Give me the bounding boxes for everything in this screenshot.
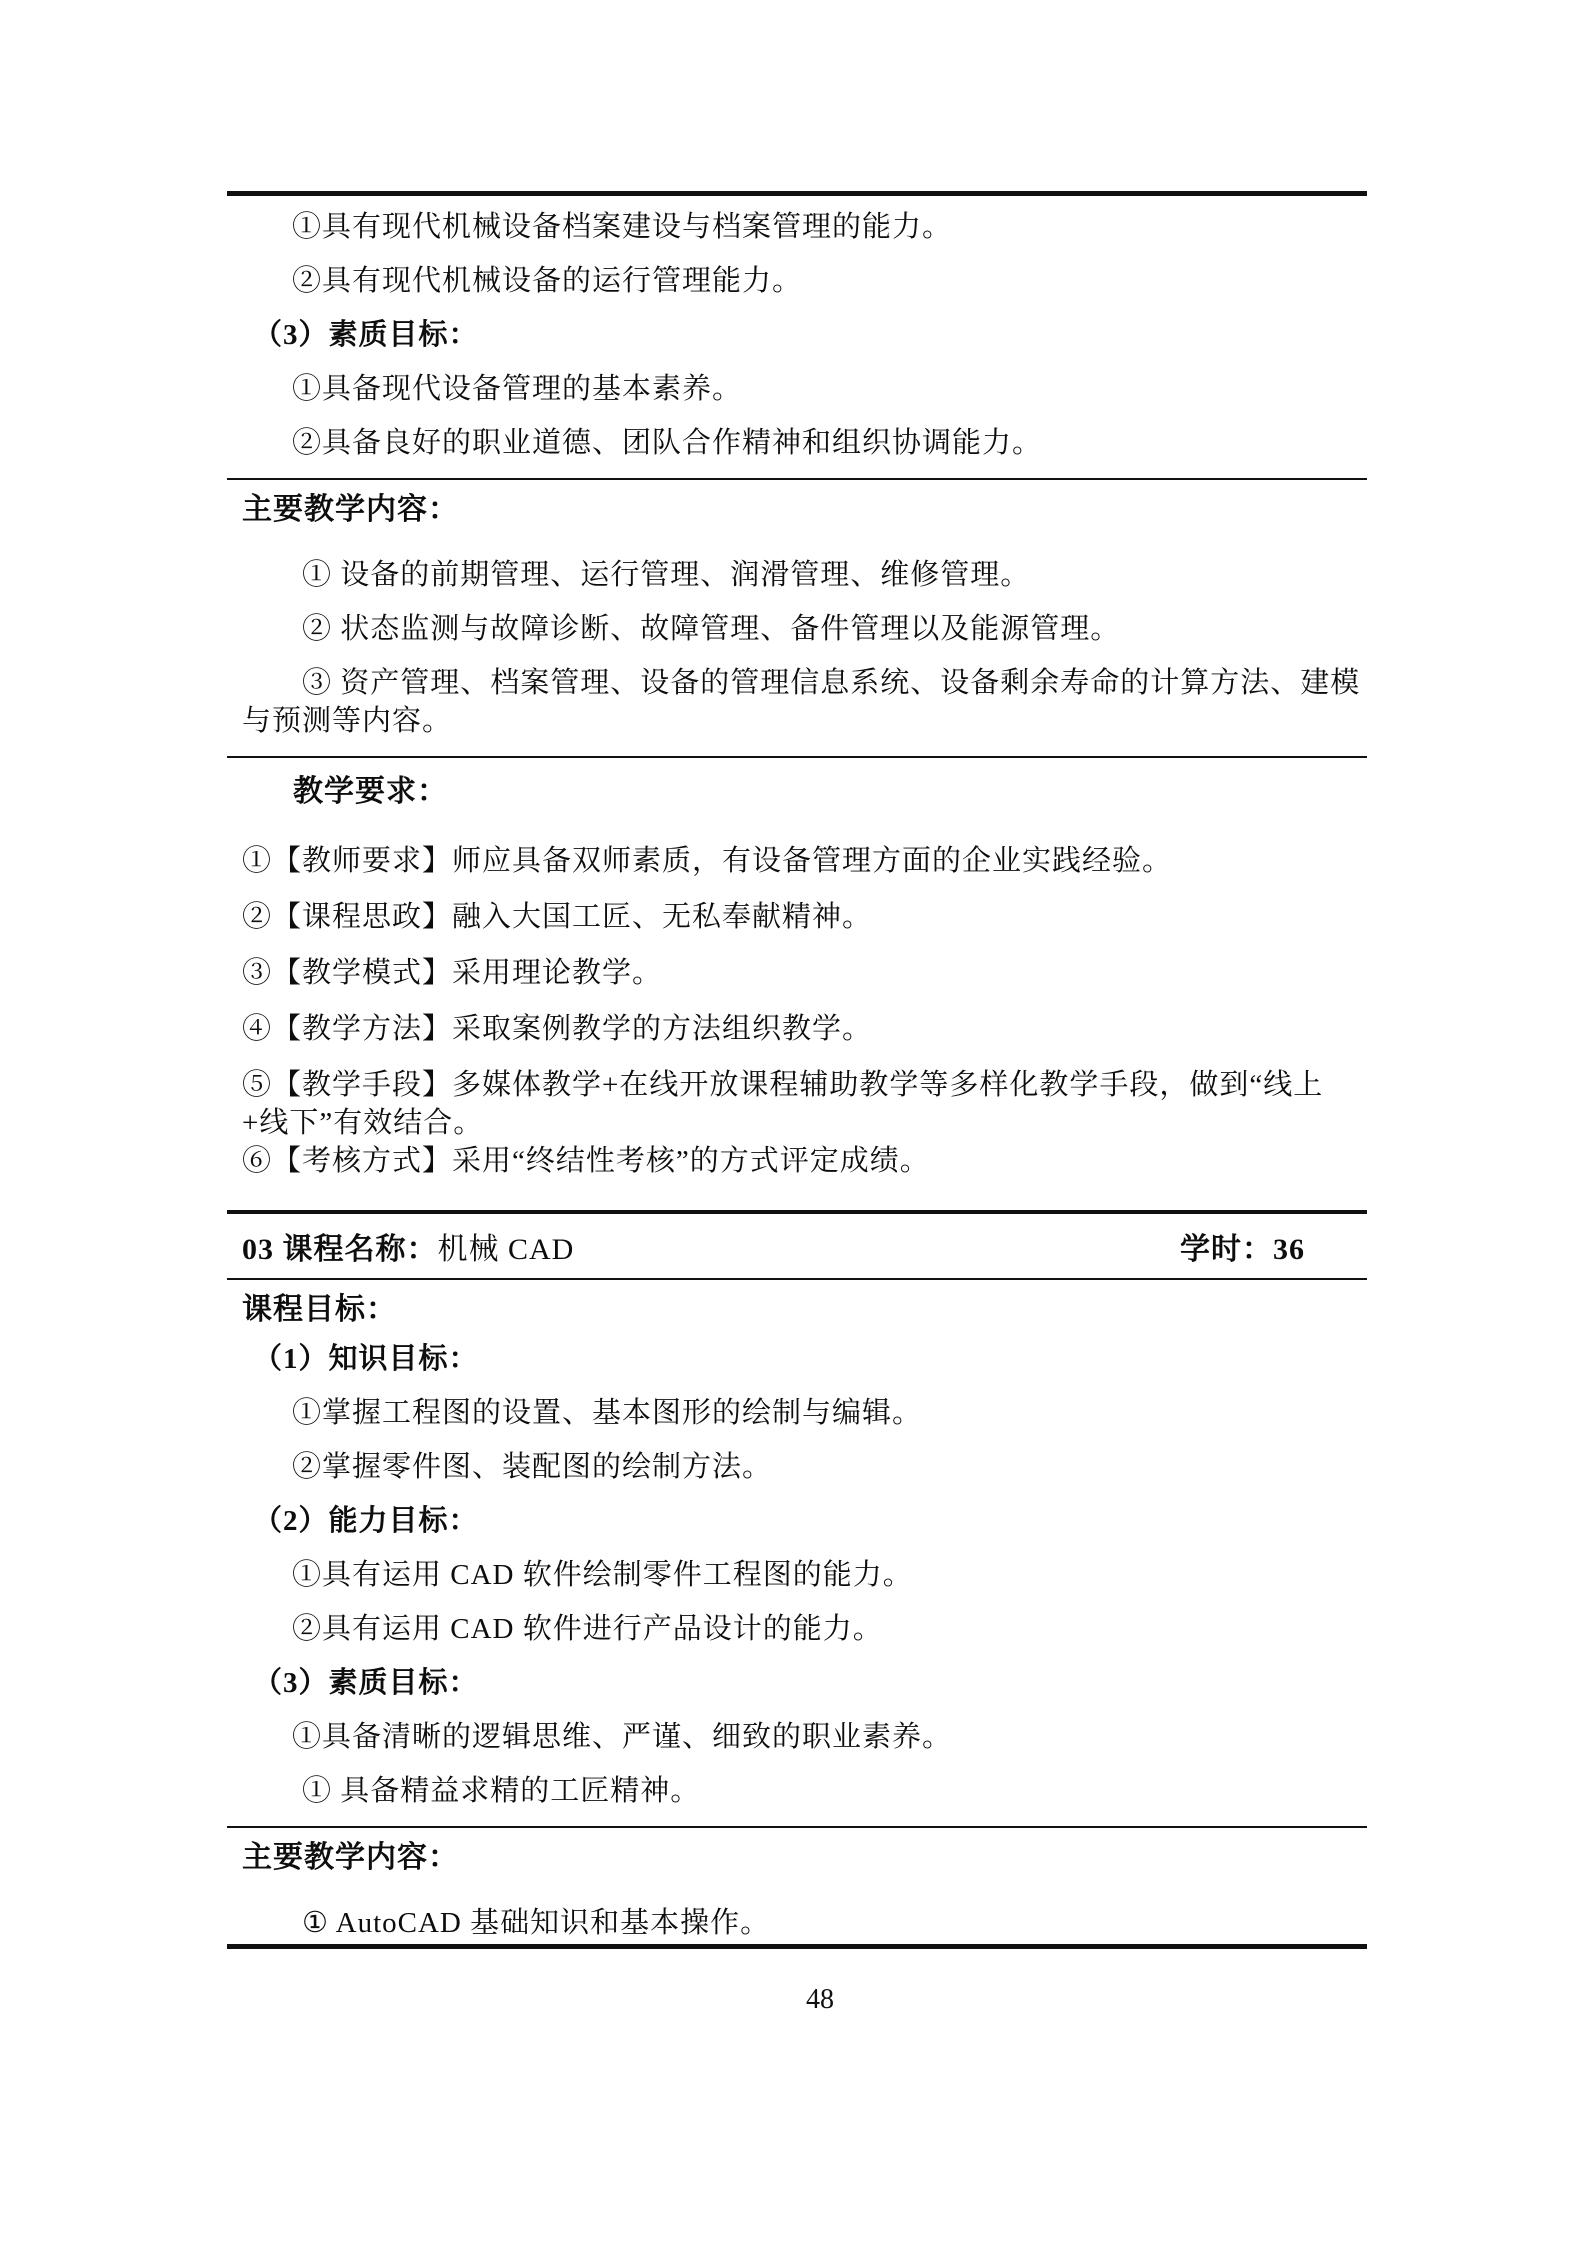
knowledge-objectives-heading: （1）知识目标： [227,1340,1367,1378]
teaching-requirement-item: ②【课程思政】融入大国工匠、无私奉献精神。 [227,898,1367,936]
document-page: ①具有现代机械设备档案建设与档案管理的能力。 ②具有现代机械设备的运行管理能力。… [0,0,1587,2245]
teaching-content-heading: 主要教学内容： [227,490,1367,530]
teaching-requirements-heading: 教学要求： [227,772,1367,812]
objective-item: ①掌握工程图的设置、基本图形的绘制与编辑。 [227,1394,1367,1432]
teaching-requirement-item: ④【教学方法】采取案例教学的方法组织教学。 [227,1010,1367,1048]
teaching-content-item: ③ 资产管理、档案管理、设备的管理信息系统、设备剩余寿命的计算方法、建模与预测等… [227,664,1367,740]
objective-item: ②具有运用 CAD 软件进行产品设计的能力。 [227,1610,1367,1648]
teaching-content-item: ① AutoCAD 基础知识和基本操作。 [227,1904,1367,1942]
ability-objectives-heading: （2）能力目标： [227,1502,1367,1540]
quality-objectives-heading: （3）素质目标： [227,316,1367,354]
objective-item: ②掌握零件图、装配图的绘制方法。 [227,1448,1367,1486]
objective-item: ① 具备精益求精的工匠精神。 [227,1772,1367,1810]
document-content: ①具有现代机械设备档案建设与档案管理的能力。 ②具有现代机械设备的运行管理能力。… [227,0,1367,1949]
section-divider [227,478,1367,480]
course-objectives-heading: 课程目标： [227,1290,1367,1330]
top-double-rule [227,191,1367,196]
course-section-double-rule [227,1210,1367,1214]
page-number: 48 [0,1984,1587,2016]
section-divider [227,1826,1367,1828]
objective-item: ②具备良好的职业道德、团队合作精神和组织协调能力。 [227,424,1367,462]
teaching-content-heading: 主要教学内容： [227,1838,1367,1878]
teaching-requirement-item: ⑥【考核方式】采用“终结性考核”的方式评定成绩。 [227,1142,1367,1180]
quality-objectives-heading: （3）素质目标： [227,1664,1367,1702]
objective-item: ①具备现代设备管理的基本素养。 [227,370,1367,408]
course-title: 03 课程名称：机械 CAD [242,1228,574,1272]
teaching-requirement-item: ③【教学模式】采用理论教学。 [227,954,1367,992]
course-title-row: 03 课程名称：机械 CAD 学时：36 [227,1228,1367,1272]
teaching-requirement-item: ①【教师要求】师应具备双师素质，有设备管理方面的企业实践经验。 [227,842,1367,880]
teaching-content-item: ② 状态监测与故障诊断、故障管理、备件管理以及能源管理。 [227,610,1367,648]
objective-item: ①具有现代机械设备档案建设与档案管理的能力。 [227,208,1367,246]
objective-item: ①具有运用 CAD 软件绘制零件工程图的能力。 [227,1556,1367,1594]
objective-item: ②具有现代机械设备的运行管理能力。 [227,262,1367,300]
objective-item: ①具备清晰的逻辑思维、严谨、细致的职业素养。 [227,1718,1367,1756]
course-number-label: 03 课程名称： [242,1233,438,1266]
section-divider [227,756,1367,758]
teaching-content-item: ① 设备的前期管理、运行管理、润滑管理、维修管理。 [227,556,1367,594]
teaching-requirement-item: ⑤【教学手段】多媒体教学+在线开放课程辅助教学等多样化教学手段，做到“线上+线下… [227,1066,1367,1142]
bottom-double-rule [227,1944,1367,1949]
course-hours: 学时：36 [1180,1228,1305,1272]
course-name: 机械 CAD [438,1233,575,1266]
section-divider [227,1278,1367,1280]
